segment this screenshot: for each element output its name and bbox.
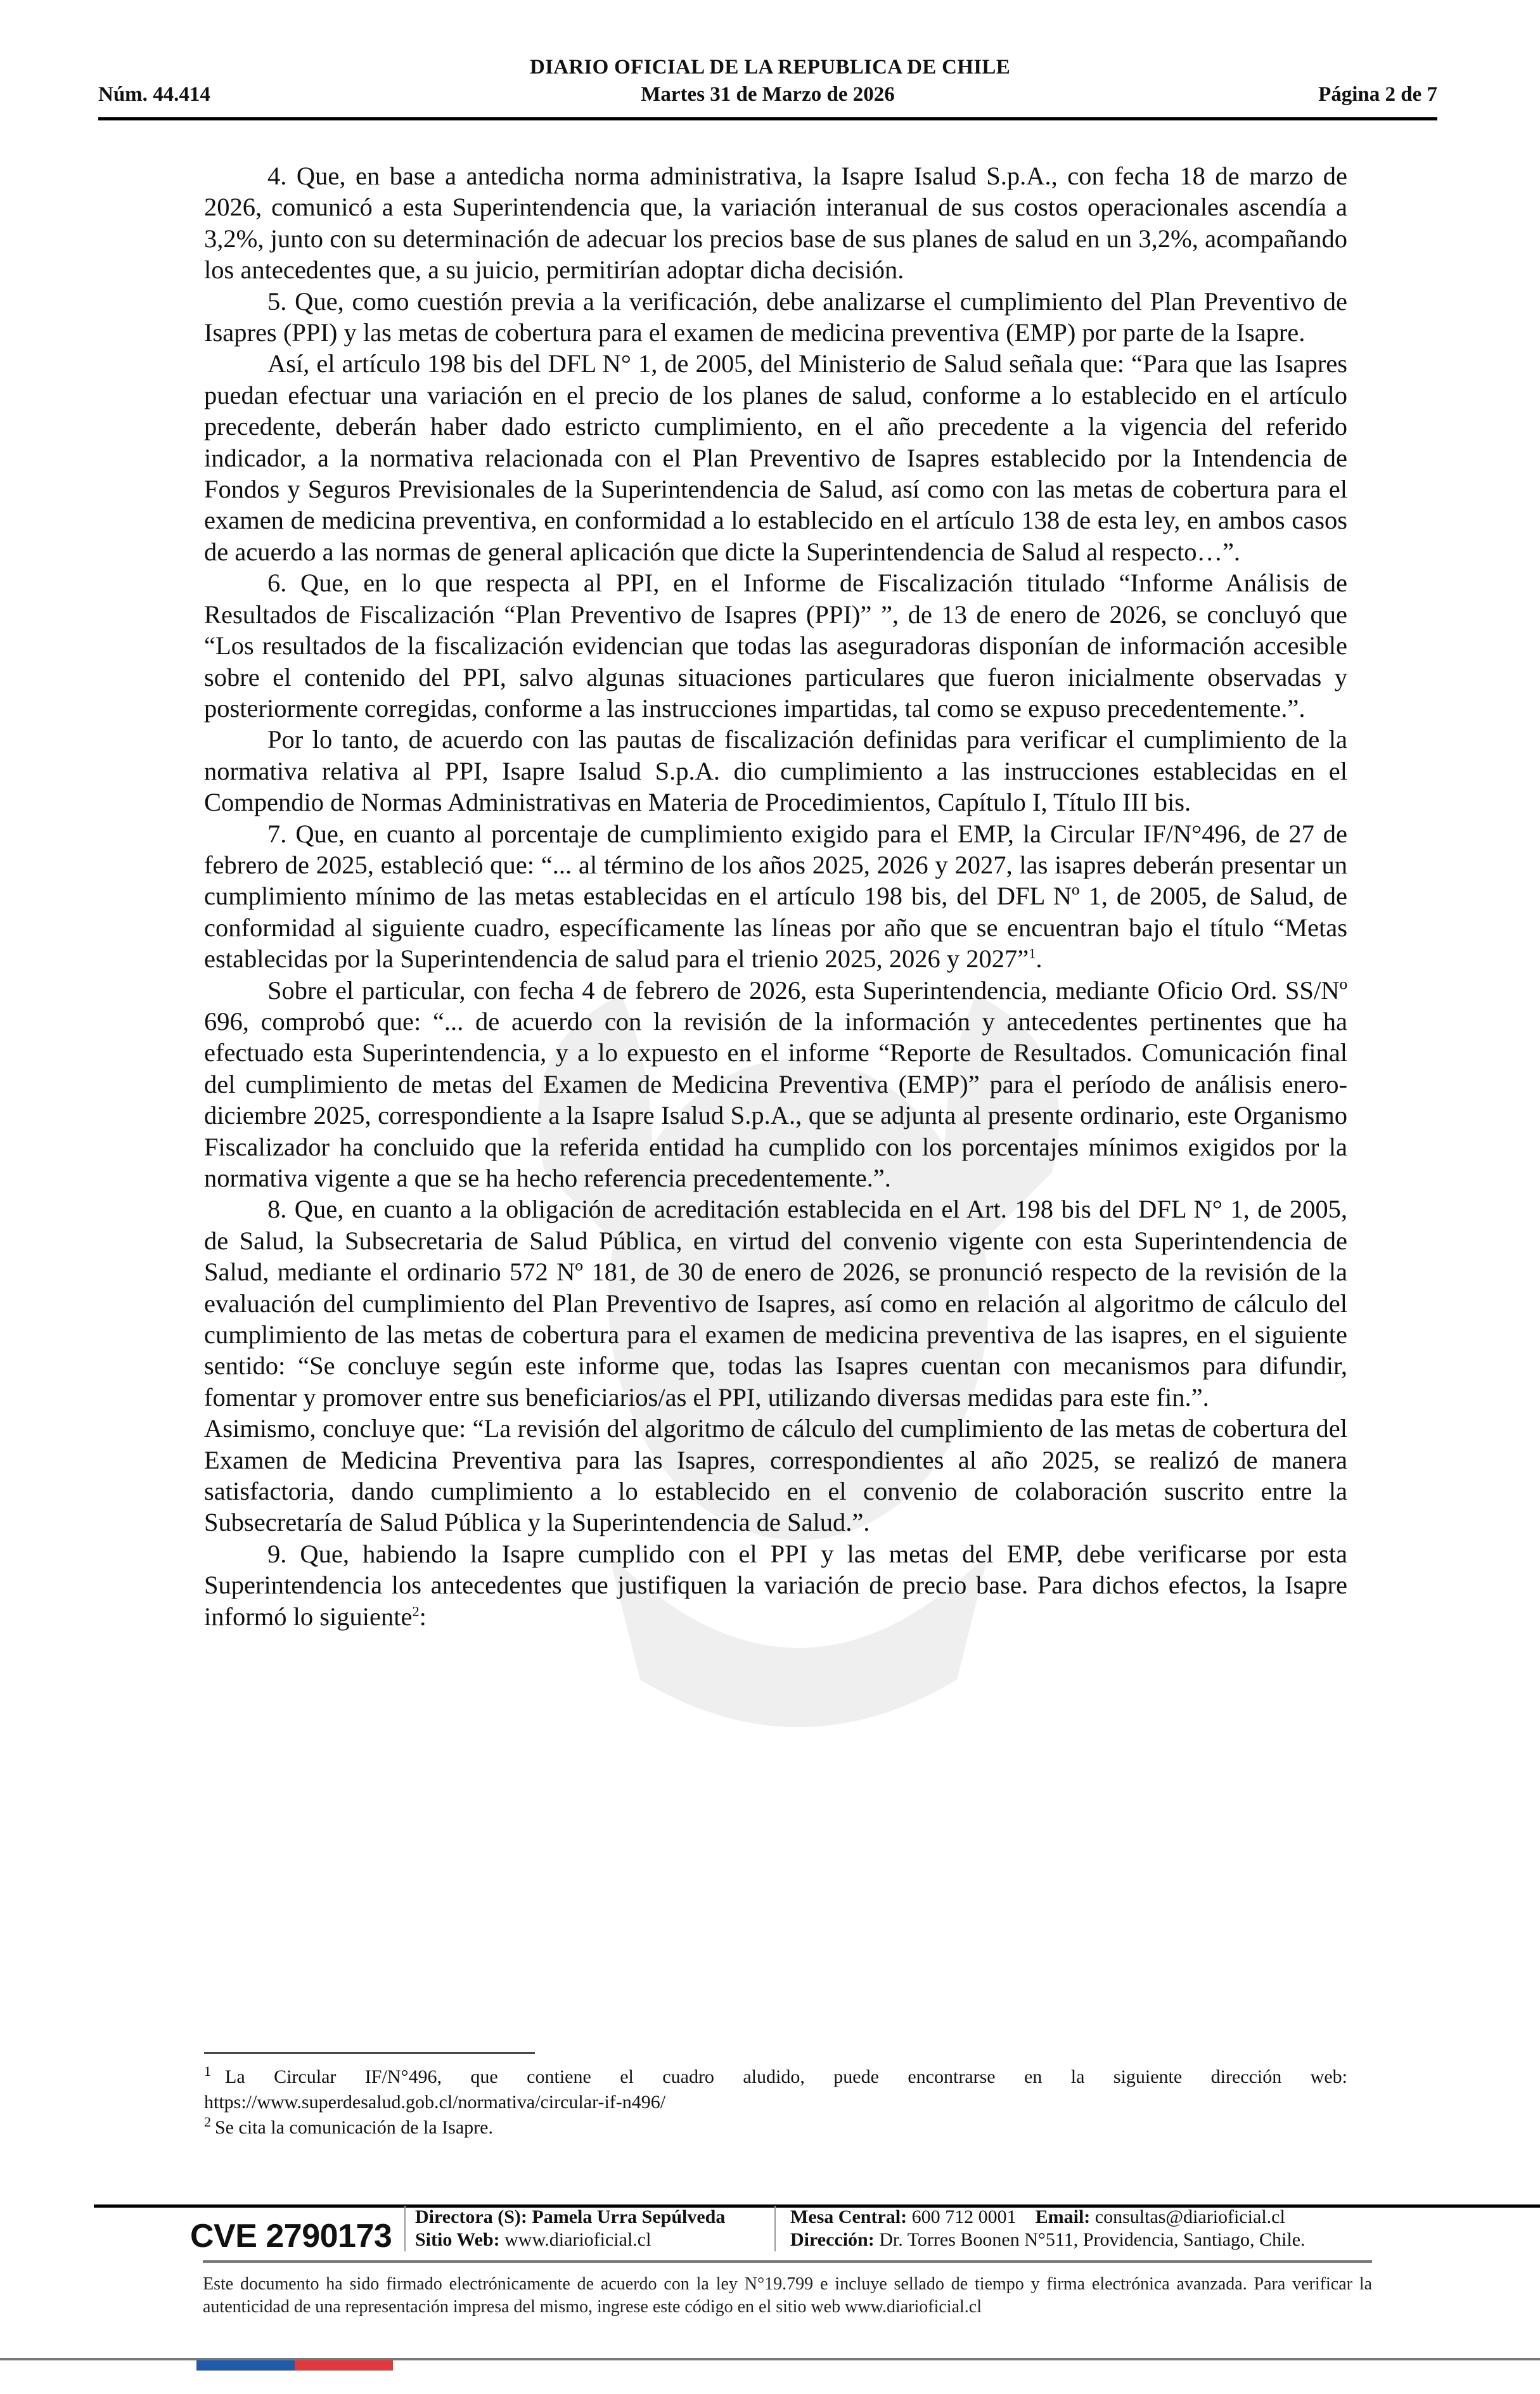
electronic-signature-notice: Este documento ha sido firmado electróni… (203, 2273, 1372, 2319)
header-row: Núm. 44.414 Martes 31 de Marzo de 2026 P… (98, 83, 1437, 110)
header-divider (98, 117, 1437, 120)
director-label: Directora (S): (415, 2206, 527, 2227)
flag-stripe-red (295, 2360, 393, 2371)
address-label: Dirección: (790, 2229, 875, 2250)
website-link[interactable]: www.diarioficial.cl (504, 2229, 651, 2250)
footnote-2-number: 2 (204, 2114, 211, 2130)
paragraph-article-198: Así, el artículo 198 bis del DFL N° 1, d… (204, 348, 1347, 567)
footnote-divider (204, 2052, 535, 2054)
paragraph-asimismo: Asimismo, concluye que: “La revisión del… (204, 1413, 1347, 1538)
phone-number: 600 712 0001 (912, 2206, 1017, 2227)
paragraph-7-text: 7. Que, en cuanto al porcentaje de cumpl… (204, 820, 1347, 974)
paragraph-9-text: 9. Que, habiendo la Isapre cumplido con … (204, 1540, 1347, 1631)
footnote-ref-2[interactable]: 2 (412, 1603, 419, 1619)
cve-code: CVE 2790173 (190, 2204, 392, 2268)
footnote-ref-1[interactable]: 1 (1029, 946, 1036, 962)
phone-label: Mesa Central: (790, 2206, 907, 2227)
paragraph-7-tail: . (1036, 944, 1042, 973)
footnote-1-text: La Circular IF/N°496, que contiene el cu… (204, 2066, 1347, 2113)
address-text: Dr. Torres Boonen N°511, Providencia, Sa… (879, 2229, 1305, 2250)
footnote-2-text: Se cita la comunicación de la Isapre. (215, 2117, 493, 2138)
gazette-title: DIARIO OFICIAL DE LA REPUBLICA DE CHILE (0, 56, 1540, 79)
footnote-1: 1La Circular IF/N°496, que contiene el c… (204, 2064, 1347, 2115)
paragraph-oficio-696: Sobre el particular, con fecha 4 de febr… (204, 975, 1347, 1194)
email-label: Email: (1036, 2206, 1091, 2227)
legal-divider (203, 2260, 1372, 2263)
paragraph-5: 5. Que, como cuestión previa a la verifi… (204, 286, 1347, 349)
issue-date: Martes 31 de Marzo de 2026 (98, 83, 1437, 106)
flag-stripe-blue (196, 2360, 295, 2371)
paragraph-4: 4. Que, en base a antedicha norma admini… (204, 160, 1347, 286)
page-indicator: Página 2 de 7 (1318, 83, 1437, 106)
paragraph-9: 9. Que, habiendo la Isapre cumplido con … (204, 1538, 1347, 1632)
paragraph-8: 8. Que, en cuanto a la obligación de acr… (204, 1194, 1347, 1413)
website-label: Sitio Web: (415, 2229, 500, 2250)
document-body: 4. Que, en base a antedicha norma admini… (204, 160, 1347, 1632)
paragraph-9-tail: : (420, 1602, 427, 1631)
footnotes: 1La Circular IF/N°496, que contiene el c… (204, 2064, 1347, 2140)
footer-separator (774, 2206, 776, 2251)
paragraph-6: 6. Que, en lo que respecta al PPI, en el… (204, 567, 1347, 724)
footnote-2: 2Se cita la comunicación de la Isapre. (204, 2115, 1347, 2140)
footer-director-block: Directora (S): Pamela Urra Sepúlveda Sit… (415, 2206, 725, 2251)
paragraph-ppi-conclusion: Por lo tanto, de acuerdo con las pautas … (204, 724, 1347, 818)
director-name: Pamela Urra Sepúlveda (532, 2206, 725, 2227)
footer-contact-block: Mesa Central: 600 712 0001 Email: consul… (790, 2206, 1306, 2251)
paragraph-7: 7. Que, en cuanto al porcentaje de cumpl… (204, 818, 1347, 975)
footer-separator (404, 2206, 406, 2251)
email-link[interactable]: consultas@diarioficial.cl (1095, 2206, 1285, 2227)
footnote-1-number: 1 (204, 2063, 211, 2079)
